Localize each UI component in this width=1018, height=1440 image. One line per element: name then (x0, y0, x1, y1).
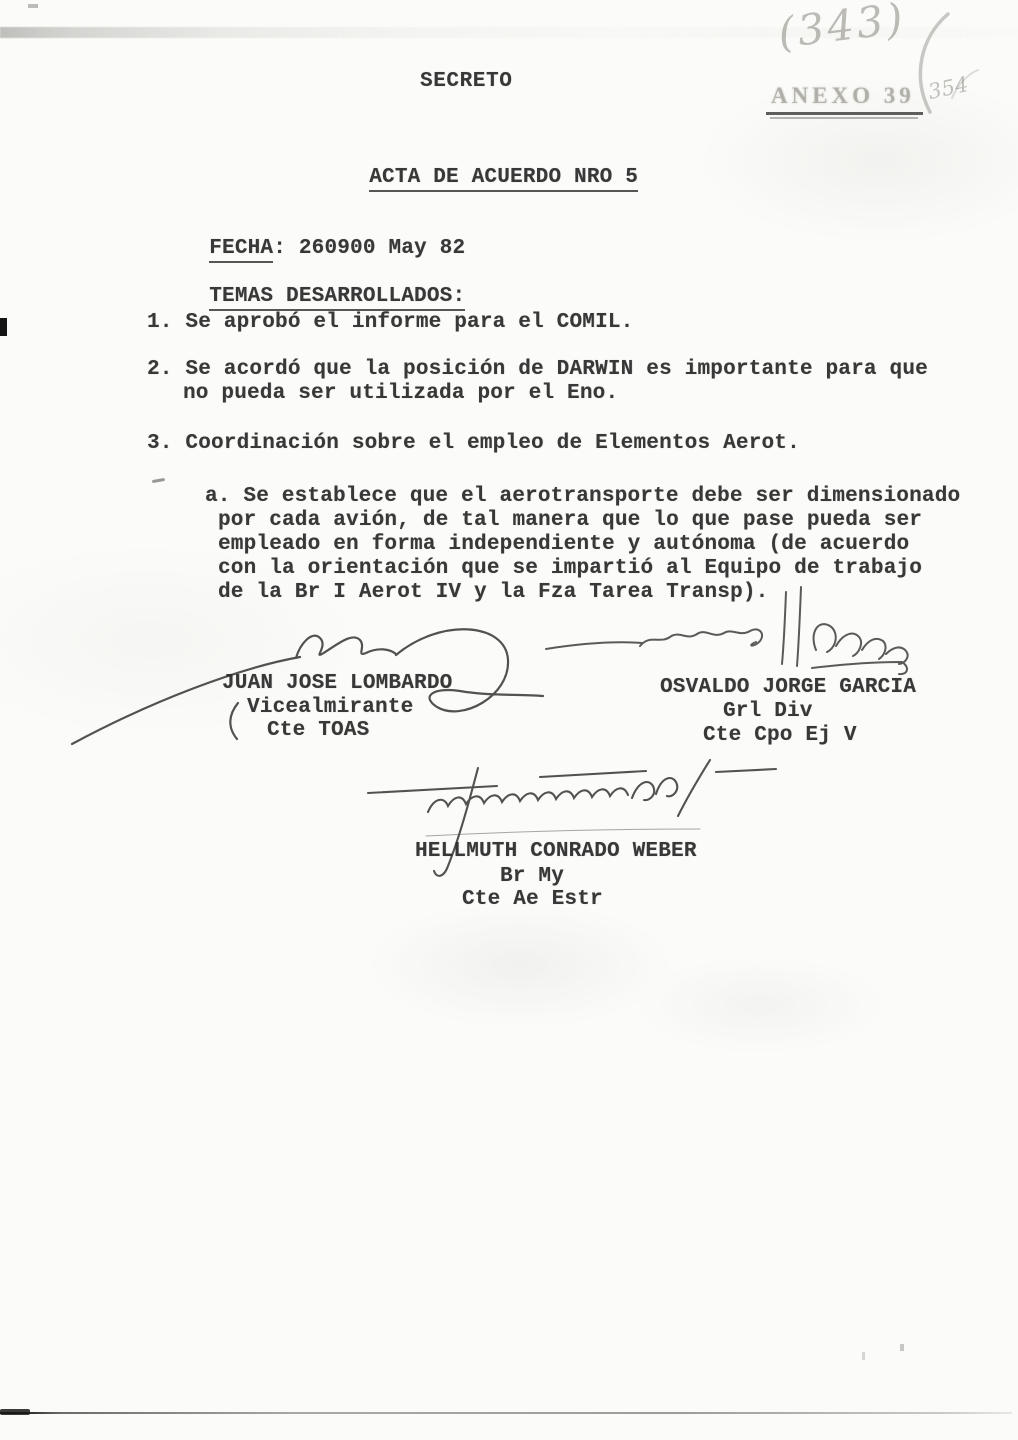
scan-speck (862, 1352, 865, 1360)
document-title: ACTA DE ACUERDO NRO 5 (318, 142, 638, 214)
document-title-text: ACTA DE ACUERDO NRO 5 (369, 166, 638, 192)
signature-rank-weber: Br My (500, 865, 564, 889)
scan-artifact-bottom-edge (0, 1412, 1012, 1414)
date-label: FECHA (209, 237, 273, 263)
signature-name-garcia: OSVALDO JORGE GARCIA (660, 676, 916, 700)
agenda-item-2-line-2: no pueda ser utilizada por el Eno. (183, 382, 618, 406)
handwriting-overlay (0, 0, 1018, 1440)
subitem-a-line-3: empleado en forma independiente y autóno… (218, 533, 909, 557)
anexo-stamp: ANEXO 39 (771, 84, 915, 108)
subitem-a-line-4: con la orientación que se impartió al Eq… (218, 557, 922, 581)
signature-role-lombardo: Cte TOAS (267, 719, 369, 743)
scan-speck (0, 318, 7, 336)
topics-heading-text: TEMAS DESARROLLADOS: (209, 285, 465, 311)
scan-speck (28, 4, 38, 8)
scan-speck (900, 1344, 904, 1351)
anexo-stamp-underline-2 (770, 117, 918, 119)
subitem-a-line-5: de la Br I Aerot IV y la Fza Tarea Trans… (218, 581, 769, 605)
signature-role-garcia: Cte Cpo Ej V (703, 724, 857, 748)
handwritten-page-number: (343) (777, 6, 907, 45)
scan-artifact-bottom-edge-stub (0, 1409, 30, 1415)
signature-name-lombardo: JUAN JOSE LOMBARDO (222, 672, 452, 696)
signature-name-weber: HELLMUTH CONRADO WEBER (415, 840, 697, 864)
scanned-document-page: (343) 354 ANEXO 39 SECRETO ACTA DE ACUER… (0, 0, 1018, 1440)
subitem-a-line-2: por cada avión, de tal manera que lo que… (218, 509, 922, 533)
agenda-item-1: 1. Se aprobó el informe para el COMIL. (147, 311, 633, 335)
date-value: : 260900 May 82 (273, 237, 465, 260)
agenda-item-3: 3. Coordinación sobre el empleo de Eleme… (147, 432, 800, 456)
agenda-item-2-line-1: 2. Se acordó que la posición de DARWIN e… (147, 358, 928, 382)
anexo-stamp-underline (766, 112, 923, 115)
classification-label: SECRETO (420, 70, 512, 94)
margin-tick-mark (152, 478, 165, 483)
handwritten-corner-number: 354 (926, 72, 971, 104)
subitem-a-line-1: a. Se establece que el aerotransporte de… (205, 485, 960, 509)
signature-rank-lombardo: Vicealmirante (247, 696, 413, 720)
signature-rank-garcia: Grl Div (723, 700, 813, 724)
signature-role-weber: Cte Ae Estr (462, 888, 603, 912)
